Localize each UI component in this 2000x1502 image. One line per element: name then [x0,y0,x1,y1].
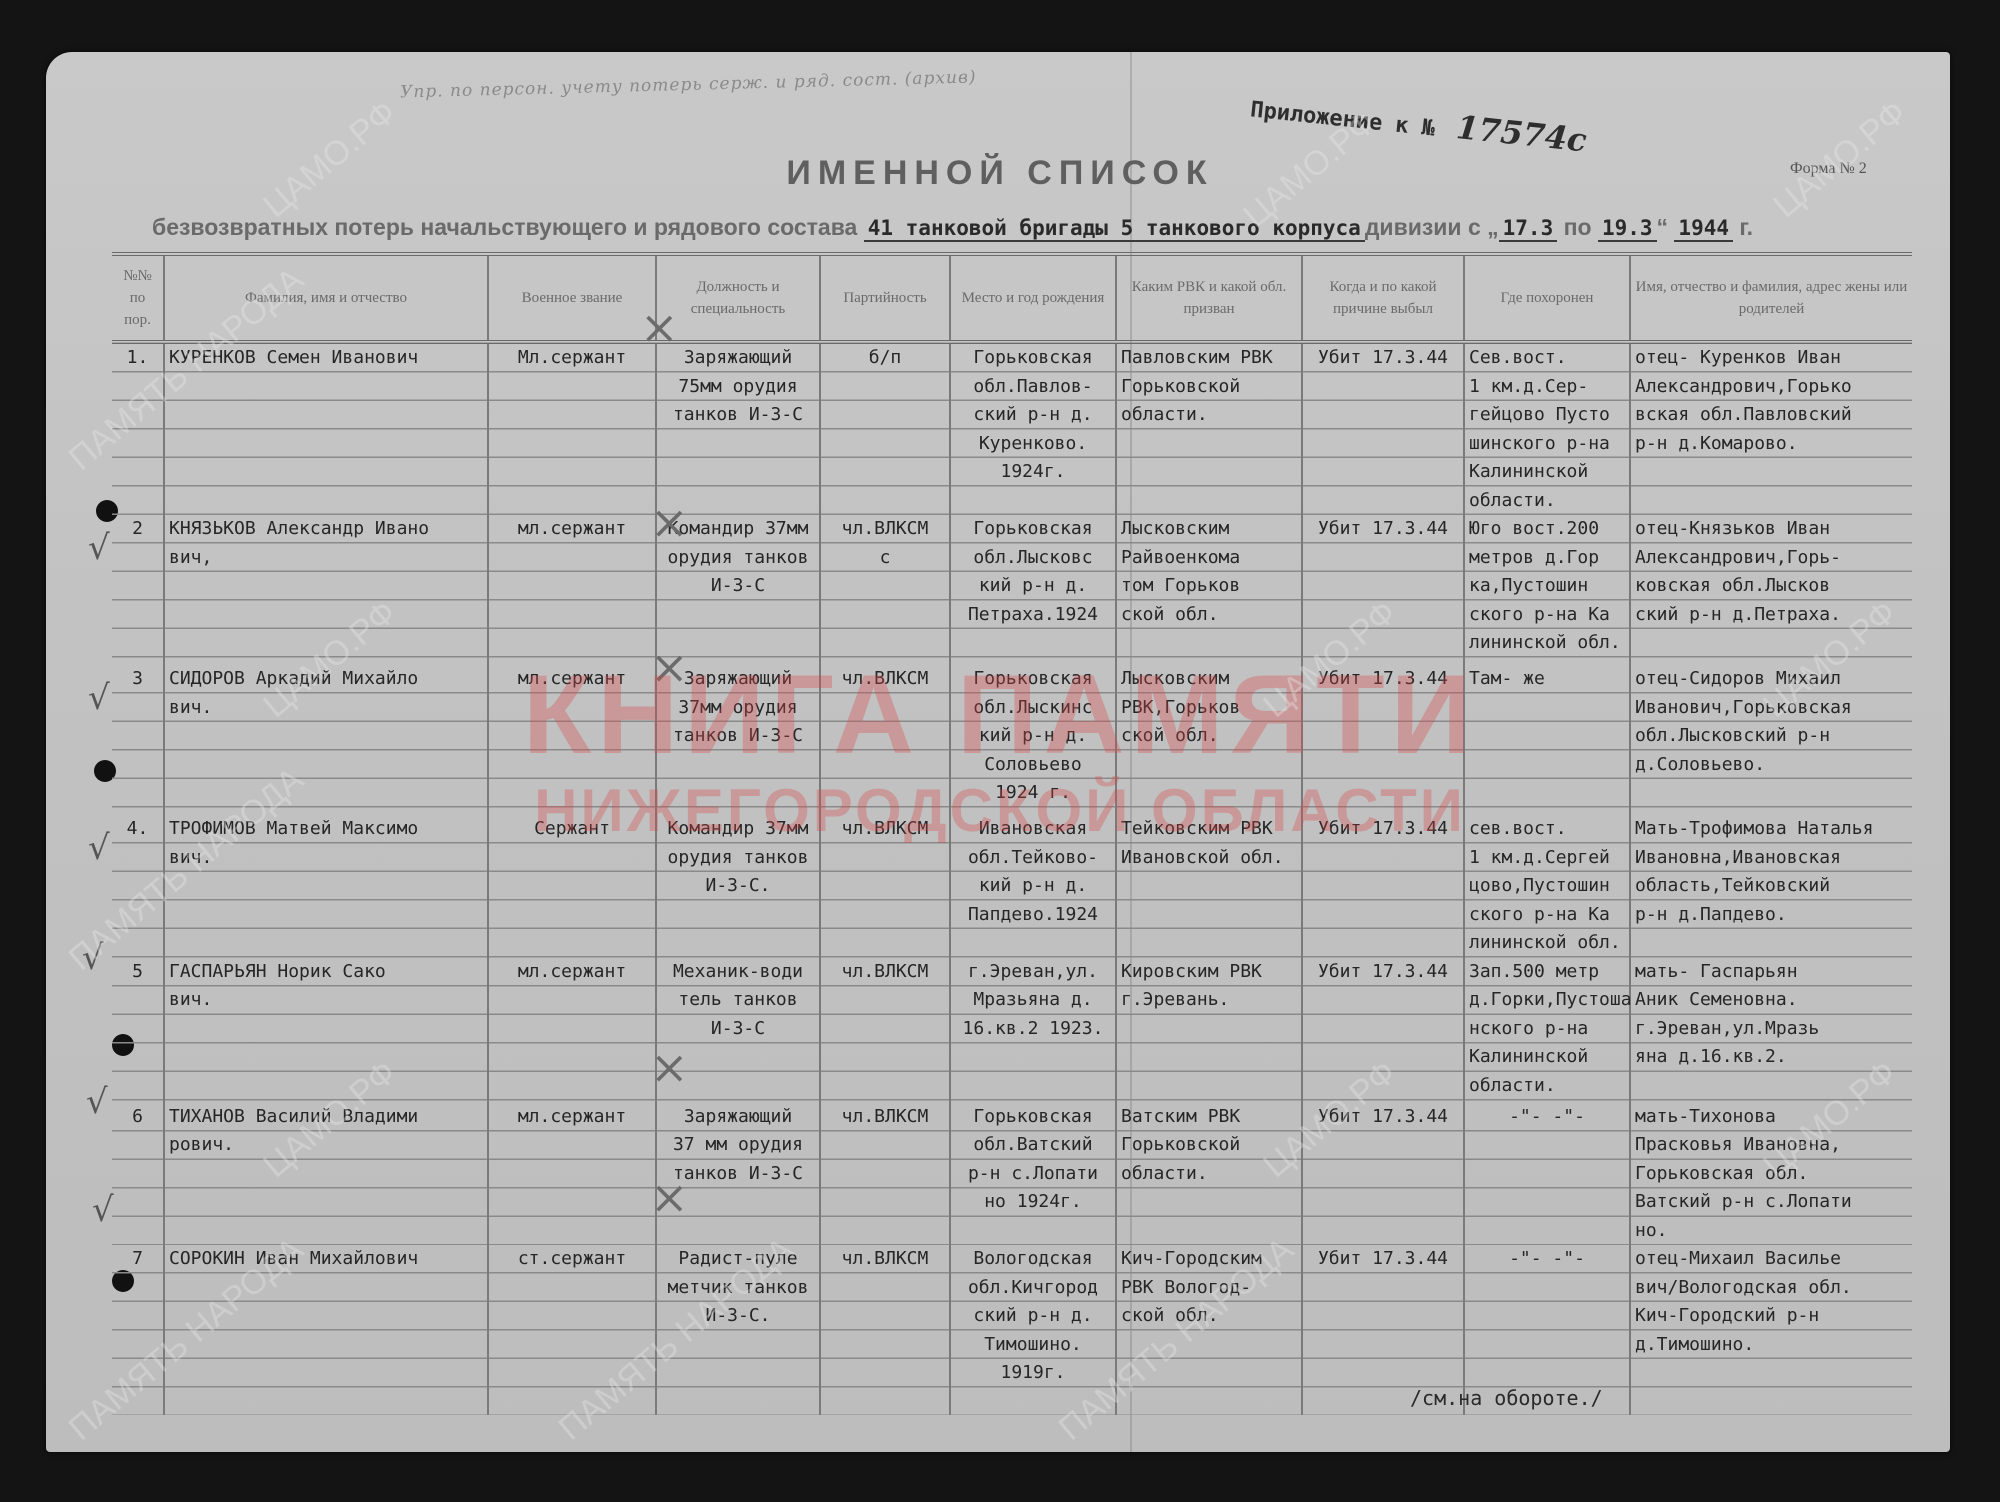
cell-reason: Убит 17.3.44 [1302,815,1464,958]
cell-reason: Убит 17.3.44 [1302,1103,1464,1246]
cell-reason: Убит 17.3.44 [1302,342,1464,515]
cell-name: КНЯЗЬКОВ Александр Ивано вич, [164,515,488,665]
cell-number: 6 [112,1103,164,1246]
cell-buried: Зап.500 метр д.Горки,Пустоша нского р-на… [1464,958,1630,1103]
table-header-row: №№ по пор. Фамилия, имя и отчество Военн… [112,254,1912,342]
cell-name: ТИХАНОВ Василий Владими рович. [164,1103,488,1246]
cell-name: СОРОКИН Иван Михайлович [164,1245,488,1415]
cell-buried: Сев.вост. 1 км.д.Сер- гейцово Пусто шинс… [1464,342,1630,515]
casualty-list-table: №№ по пор. Фамилия, имя и отчество Военн… [112,252,1912,1415]
cell-name: СИДОРОВ Аркадий Михайло вич. [164,665,488,815]
cell-name: КУРЕНКОВ Семен Иванович [164,342,488,515]
cell-birth: Горьковская обл.Ватский р-н с.Лопати но … [950,1103,1116,1246]
cell-number: 1. [112,342,164,515]
cell-rank: ст.сержант [488,1245,656,1415]
header-relatives: Имя, отчество и фамилия, адрес жены или … [1630,254,1912,342]
table-row: 1. КУРЕНКОВ Семен Иванович Мл.сержант За… [112,342,1912,515]
cell-rank: мл.сержант [488,515,656,665]
cell-relatives: отец-Сидоров Михаил Иванович,Горьковская… [1630,665,1912,815]
pencil-checkmark-icon: √ [86,1082,108,1122]
header-rank: Военное звание [488,254,656,342]
cell-rvk: Павловским РВК Горьковской области. [1116,342,1302,515]
cell-party: чл.ВЛКСМ [820,815,950,958]
form-number: Форма № 2 [1790,160,1867,178]
pencil-checkmark-icon: √ [88,528,110,568]
subtitle-unit: 41 танковой бригады 5 танкового корпуса [864,216,1365,242]
pencil-checkmark-icon: √ [92,1190,114,1230]
cell-party: чл.ВЛКСМ с [820,515,950,665]
cell-relatives: мать-Тихонова Прасковья Ивановна, Горько… [1630,1103,1912,1246]
cell-buried: -"- -"- [1464,1103,1630,1246]
header-reason: Когда и по какой причине выбыл [1302,254,1464,342]
pencil-mark-icon: × [650,495,689,549]
cell-buried: Юго вост.200 метров д.Гор ка,Пустошин ск… [1464,515,1630,665]
cell-number: 2 [112,515,164,665]
pencil-mark-icon: × [650,1170,689,1224]
pencil-checkmark-icon: √ [88,678,110,718]
cell-buried: Там- же [1464,665,1630,815]
table-row: 6 ТИХАНОВ Василий Владими рович. мл.серж… [112,1103,1912,1246]
header-rvk: Каким РВК и какой обл. призван [1116,254,1302,342]
table-row: 7 СОРОКИН Иван Михайлович ст.сержант Рад… [112,1245,1912,1415]
cell-reason: Убит 17.3.44 [1302,958,1464,1103]
cell-party: б/п [820,342,950,515]
pencil-checkmark-icon: √ [88,828,110,868]
cell-name: ГАСПАРЬЯН Норик Сако вич. [164,958,488,1103]
cell-number: 5 [112,958,164,1103]
table-row: 5 ГАСПАРЬЯН Норик Сако вич. мл.сержант М… [112,958,1912,1103]
cell-rank: мл.сержант [488,958,656,1103]
cell-reason: Убит 17.3.44 [1302,665,1464,815]
cell-position: Заряжающий 75мм орудия танков И-3-С [656,342,820,515]
pencil-checkmark-icon: √ [82,938,104,978]
cell-rvk: Тейковским РВК Ивановской обл. [1116,815,1302,958]
subtitle-to-label: по [1564,214,1592,240]
cell-relatives: отец- Куренков Иван Александрович,Горько… [1630,342,1912,515]
cell-number: 7 [112,1245,164,1415]
subtitle-year-suffix: г. [1739,214,1753,240]
cell-relatives: мать- Гаспарьян Аник Семеновна. г.Эреван… [1630,958,1912,1103]
cell-birth: Горьковская обл.Лыскинс кий р-н д. Солов… [950,665,1116,815]
header-full-name: Фамилия, имя и отчество [164,254,488,342]
cell-relatives: отец-Михаил Васильe вич/Вологодская обл.… [1630,1245,1912,1415]
header-buried: Где похоронен [1464,254,1630,342]
cell-reason: Убит 17.3.44 [1302,515,1464,665]
cell-rank: мл.сержант [488,665,656,815]
header-party: Партийность [820,254,950,342]
cell-relatives: Мать-Трофимова Наталья Ивановна,Ивановск… [1630,815,1912,958]
cell-number: 4. [112,815,164,958]
subtitle-prefix: безвозвратных потерь начальствующего и р… [152,214,857,240]
cell-party: чл.ВЛКСМ [820,1103,950,1246]
cell-birth: Вологодская обл.Кичгород ский р-н д. Тим… [950,1245,1116,1415]
subtitle-date-to: 19.3 [1598,216,1657,242]
pencil-mark-icon: × [640,300,679,354]
cell-position: Радист-пуле метчик танков И-3-С. [656,1245,820,1415]
cell-rvk: Кич-Городским РВК Вологод- ской обл. [1116,1245,1302,1415]
footer-see-reverse: /см.на обороте./ [1410,1386,1603,1410]
cell-birth: Горьковская обл.Павлов- ский р-н д. Куре… [950,342,1116,515]
cell-birth: Ивановская обл.Тейково- кий р-н д. Папде… [950,815,1116,958]
document-title: ИМЕННОЙ СПИСОК [0,154,2000,193]
cell-birth: Горьковская обл.Лысковс кий р-н д. Петра… [950,515,1116,665]
cell-name: ТРОФИМОВ Матвей Максимо вич. [164,815,488,958]
pencil-mark-icon: × [650,1040,689,1094]
subtitle-quote: “ [1657,214,1669,240]
subtitle-date-from: 17.3 [1499,216,1558,242]
cell-relatives: отец-Князьков Иван Александрович,Горь- к… [1630,515,1912,665]
table-row: 4. ТРОФИМОВ Матвей Максимо вич. Сержант … [112,815,1912,958]
cell-rvk: Ватским РВК Горьковской области. [1116,1103,1302,1246]
cell-number: 3 [112,665,164,815]
document-subtitle: безвозвратных потерь начальствующего и р… [152,214,1753,241]
header-number: №№ по пор. [112,254,164,342]
cell-birth: г.Эреван,ул. Мразьяна д. 16.кв.2 1923. [950,958,1116,1103]
cell-rank: Сержант [488,815,656,958]
cell-party: чл.ВЛКСМ [820,958,950,1103]
pencil-mark-icon: × [650,640,689,694]
cell-party: чл.ВЛКСМ [820,1245,950,1415]
cell-rvk: Лысковским Райвоенкома том Горьков ской … [1116,515,1302,665]
subtitle-year: 1944 [1674,216,1733,242]
cell-position: Командир 37мм орудия танков И-3-С. [656,815,820,958]
cell-rank: Мл.сержант [488,342,656,515]
header-birth: Место и год рождения [950,254,1116,342]
cell-rvk: Кировским РВК г.Эревань. [1116,958,1302,1103]
table-row: 3 СИДОРОВ Аркадий Михайло вич. мл.сержан… [112,665,1912,815]
header-position: Должность и специальность [656,254,820,342]
cell-buried: сев.вост. 1 км.д.Сергей цово,Пустошин ск… [1464,815,1630,958]
cell-rank: мл.сержант [488,1103,656,1246]
table-row: 2 КНЯЗЬКОВ Александр Ивано вич, мл.сержа… [112,515,1912,665]
cell-party: чл.ВЛКСМ [820,665,950,815]
subtitle-division-suffix: дивизии с „ [1365,214,1499,240]
cell-rvk: Лысковским РВК,Горьков ской обл. [1116,665,1302,815]
